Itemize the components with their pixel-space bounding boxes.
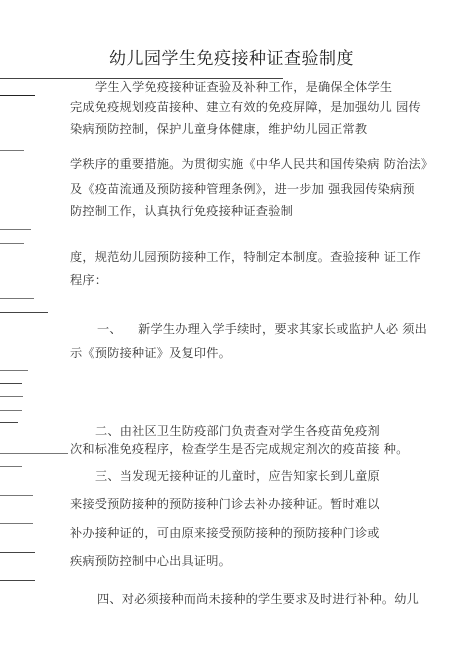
document-title: 幼儿园学生免疫接种证查验制度 [0,44,463,69]
margin-rule [0,580,35,581]
margin-rule [0,243,24,244]
paragraph-line: 程序： [70,271,107,288]
paragraph-line: 度，规范幼儿园预防接种工作，特制定本制度。查验接种 证工作 [70,248,421,265]
paragraph-line: 四、对必须接种而尚未接种的学生要求及时进行补种。幼儿 [97,590,419,607]
margin-rule [0,552,35,553]
margin-rule [0,410,22,411]
margin-rule [0,150,24,151]
margin-rule [0,298,34,299]
paragraph-line: 次和标准免疫程序，检查学生是否完成规定剂次的疫苗接 种。 [70,440,409,457]
paragraph-line: 二、由社区卫生防疫部门负责查对学生各疫苗免疫剂 [95,422,380,439]
paragraph-line: 一、 新学生办理入学手续时，要求其家长或监护人必 须出 [97,320,427,337]
paragraph-line: 三、当发现无接种证的儿童时，应告知家长到儿童原 [95,467,380,484]
margin-rule [0,95,35,96]
margin-rule [0,229,31,230]
paragraph-line: 来接受预防接种的预防接种门诊去补办接种证。暂时难以 [70,495,380,512]
paragraph-line: 防控制工作，认真执行免疫接种证查验制 [70,202,293,219]
paragraph-line: 学生入学免疫接种证查验及补种工作，是确保全体学生 [95,78,392,95]
paragraph-line: 及《疫苗流通及预防接种管理条例》，进一步加 强我园传染病预 [70,180,415,197]
paragraph-line: 学秩序的重要措施。为贯彻实施《中华人民共和国传染病 防治法》 [70,155,433,172]
margin-rule [0,312,48,313]
paragraph-line: 示《预防接种证》及复印件。 [70,344,231,361]
paragraph-line: 补办接种证的，可由原来接受预防接种的预防接种门诊或 [70,524,380,541]
document-page: 幼儿园学生免疫接种证查验制度 学生入学免疫接种证查验及补种工作，是确保全体学生 … [0,0,463,655]
margin-rule [0,370,28,371]
margin-rule [0,396,23,397]
paragraph-line: 疾病预防控制中心出具证明。 [70,552,231,569]
paragraph-line: 完成免疫规划疫苗接种、建立有效的免疫屏障，是加强幼儿 园传 [70,98,421,115]
margin-rule [0,383,22,384]
margin-rule [0,422,18,423]
margin-rule [0,466,22,467]
margin-rule [0,495,33,496]
margin-rule [0,523,33,524]
paragraph-line: 染病预防控制，保护儿童身体健康，维护幼儿园正常教 [70,120,367,137]
margin-rule [0,453,68,454]
